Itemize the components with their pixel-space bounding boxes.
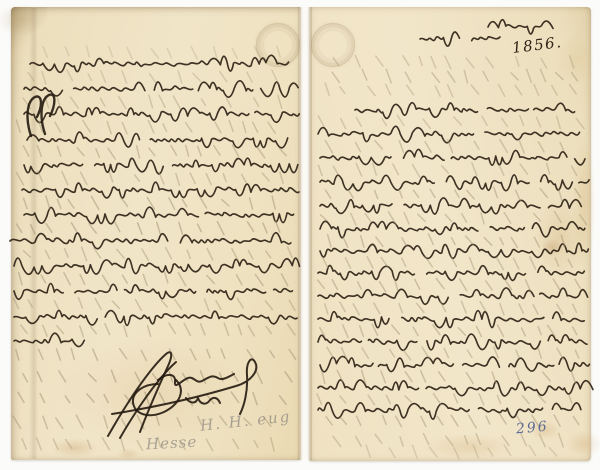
handwriting-layer (0, 0, 600, 470)
archive-number: 296 (515, 419, 549, 438)
pencil-note-name: Hesse (146, 433, 198, 454)
letter-scan: 1856. 296 H. H. eug Hesse (0, 0, 600, 470)
